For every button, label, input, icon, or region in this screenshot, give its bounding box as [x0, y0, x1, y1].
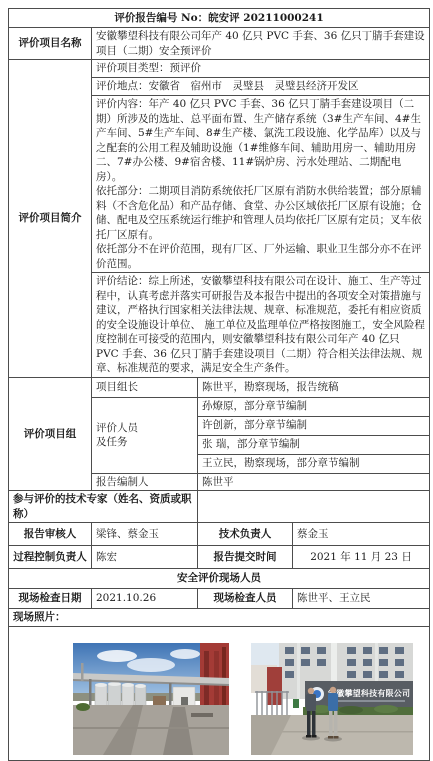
- project-name-label: 评价项目名称: [9, 28, 92, 60]
- site-photo-factory-yard: [73, 643, 229, 755]
- submit-time-label: 报告提交时间: [198, 546, 293, 569]
- site-photos-cell: 安徽攀望科技有限公司: [9, 627, 430, 761]
- team-members-label: 评价人员 及任务: [92, 397, 198, 473]
- concrete-road: [73, 705, 229, 755]
- site-photos-label: 现场照片：: [9, 609, 430, 627]
- report-writer-value: 陈世平: [198, 473, 430, 491]
- auditor-value: 梁锋、蔡金玉: [92, 523, 198, 546]
- team-member-row: 许创新，部分章节编制: [198, 416, 430, 435]
- debris: [191, 713, 213, 717]
- tech-lead-label: 技术负责人: [198, 523, 293, 546]
- evaluation-report-table: 评价报告编号 No：皖安评 20211000241 评价项目名称 安徽攀望科技有…: [8, 8, 430, 761]
- sign-subtext: [329, 700, 405, 702]
- team-leader-value: 陈世平，勘察现场，报告统稿: [198, 377, 430, 397]
- trash-bin: [293, 699, 299, 708]
- site-section-title: 安全评价现场人员: [9, 569, 430, 589]
- tech-lead-value: 蔡金玉: [293, 523, 430, 546]
- red-structure: [267, 667, 282, 705]
- company-sign-text: 安徽攀望科技有限公司: [328, 688, 410, 698]
- site-inspectors-value: 陈世平、王立民: [293, 589, 430, 609]
- team-label: 评价项目组: [9, 377, 92, 491]
- experts-value-empty: [198, 491, 430, 523]
- site-date-value: 2021.10.26: [92, 589, 198, 609]
- site-date-label: 现场检查日期: [9, 589, 92, 609]
- submit-time-value: 2021 年 11 月 23 日: [293, 546, 430, 569]
- project-conclusion: 评价结论：综上所述，安徽攀望科技有限公司在设计、施工、生产等过程中，认真考虑并落…: [92, 273, 430, 378]
- project-name-value: 安徽攀望科技有限公司年产 40 亿只 PVC 手套、36 亿只丁腈手套建设项目（…: [92, 28, 430, 60]
- storage-tanks: [95, 682, 146, 707]
- site-photo-company-gate: 安徽攀望科技有限公司: [251, 643, 413, 755]
- site-inspectors-label: 现场检查人员: [198, 589, 293, 609]
- report-page: 评价报告编号 No：皖安评 20211000241 评价项目名称 安徽攀望科技有…: [0, 0, 433, 712]
- site-photos: 安徽攀望科技有限公司: [9, 633, 429, 755]
- team-leader-label: 项目组长: [92, 377, 198, 397]
- process-control-value: 陈宏: [92, 546, 198, 569]
- report-number-header: 评价报告编号 No：皖安评 20211000241: [9, 9, 430, 28]
- project-location: 评价地点：安徽省 宿州市 灵璧县 灵璧县经济开发区: [92, 78, 430, 96]
- bush: [76, 703, 90, 711]
- team-member-row: 孙燎原，部分章节编制: [198, 397, 430, 416]
- cloud: [170, 649, 200, 659]
- team-member-row: 张 瑞，部分章节编制: [198, 435, 430, 454]
- project-summary-label: 评价项目简介: [9, 60, 92, 378]
- far-house: [153, 696, 166, 705]
- road-joint: [73, 727, 229, 729]
- auditor-label: 报告审核人: [9, 523, 92, 546]
- team-member-row: 王立民，勘察现场，部分章节编制: [198, 454, 430, 473]
- company-sign-wall: 安徽攀望科技有限公司: [305, 681, 413, 708]
- project-content: 评价内容：年产 40 亿只 PVC 手套、36 亿只丁腈手套建设项目（二期）所涉…: [92, 96, 430, 273]
- experts-label: 参与评价的技术专家（姓名、资质或职称）: [9, 491, 198, 523]
- cloud: [127, 658, 175, 672]
- report-writer-label: 报告编制人: [92, 473, 198, 491]
- cloud: [97, 650, 137, 662]
- process-control-label: 过程控制负责人: [9, 546, 92, 569]
- project-type: 评价项目类型：预评价: [92, 60, 430, 78]
